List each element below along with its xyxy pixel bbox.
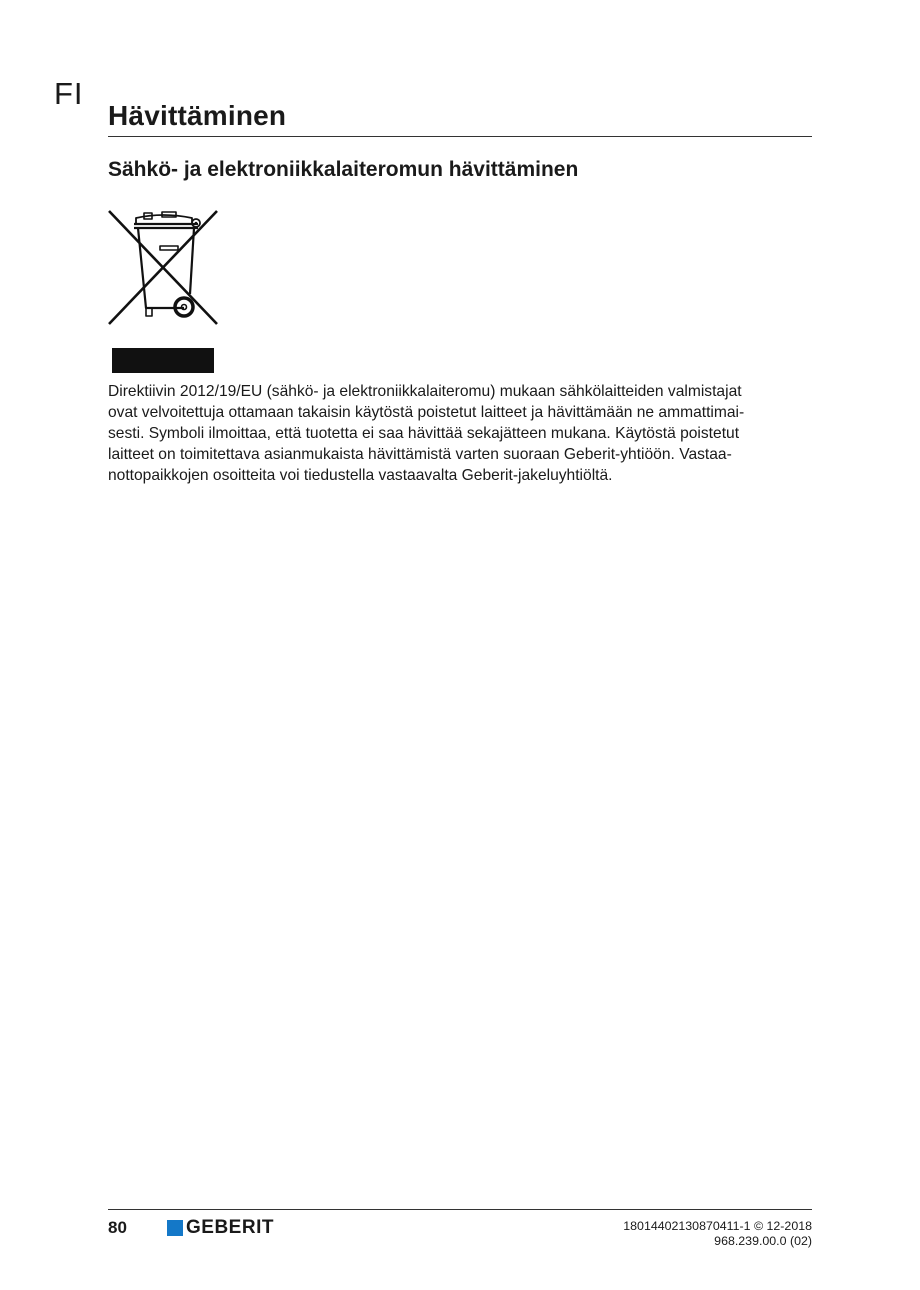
body-line: sesti. Symboli ilmoittaa, että tuotetta … <box>108 423 818 444</box>
brand-name: GEBERIT <box>186 1219 274 1237</box>
body-line: nottopaikkojen osoitteita voi tiedustell… <box>108 465 818 486</box>
document-number: 968.239.00.0 (02) <box>623 1234 812 1249</box>
crossed-out-wheelie-bin-icon <box>106 208 220 328</box>
section-title: Sähkö- ja elektroniikkalaiteromun hävitt… <box>108 158 578 182</box>
geberit-logo: GEBERIT <box>167 1219 274 1237</box>
body-line: ovat velvoitettuja ottamaan takaisin käy… <box>108 402 818 423</box>
brand-square-icon <box>167 1220 183 1236</box>
document-id: 18014402130870411-1 © 12-2018 <box>623 1219 812 1234</box>
body-line: Direktiivin 2012/19/EU (sähkö- ja elektr… <box>108 381 818 402</box>
title-divider <box>108 136 812 137</box>
page-number: 80 <box>108 1218 127 1238</box>
language-code: FI <box>54 76 84 112</box>
page-title: Hävittäminen <box>108 100 286 132</box>
document-info: 18014402130870411-1 © 12-2018 968.239.00… <box>623 1219 812 1249</box>
body-line: laitteet on toimitettava asianmukaista h… <box>108 444 818 465</box>
weee-black-bar <box>112 348 214 373</box>
footer-divider <box>108 1209 812 1210</box>
section-body-text: Direktiivin 2012/19/EU (sähkö- ja elektr… <box>108 381 818 486</box>
